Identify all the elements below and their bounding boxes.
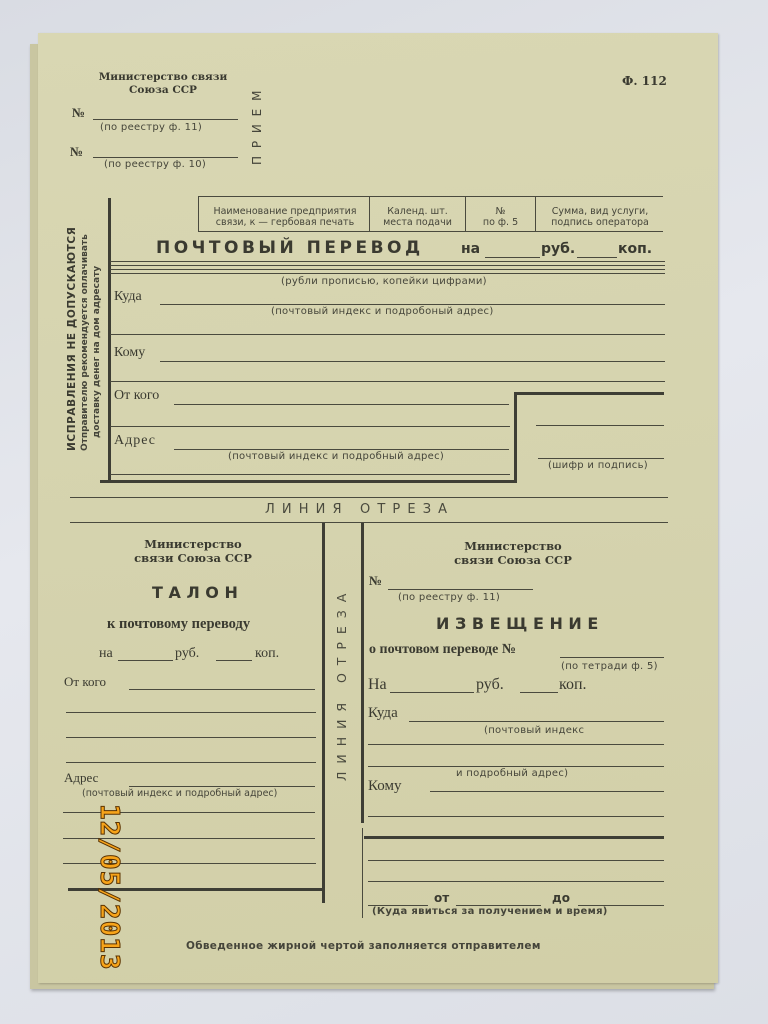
talon-ministry-line-2: связи Союза ССР — [118, 551, 268, 565]
komu-field[interactable] — [160, 361, 665, 362]
notice-pickup-field-2[interactable] — [368, 881, 664, 882]
notice-title: И З В Е Щ Е Н И Е — [436, 614, 598, 633]
amount-hint: (рубли прописью, копейки цифрами) — [281, 276, 487, 287]
talon-kopecks-field[interactable] — [216, 660, 252, 661]
notice-ministry-line-1: Министерство — [438, 539, 588, 553]
notice-do-label: до — [552, 891, 570, 905]
kuda-label: Куда — [114, 289, 142, 305]
talon-rubles-field[interactable] — [118, 660, 173, 661]
talon-adres-field[interactable] — [129, 786, 315, 787]
notice-subtitle: о почтовом переводе № — [369, 642, 516, 658]
notice-transfer-number-field[interactable] — [560, 657, 664, 658]
talon-subtitle: к почтовому переводу — [107, 616, 250, 633]
notice-komu-label: Кому — [368, 778, 401, 795]
number-sign-2: № — [70, 144, 83, 160]
rubles-field[interactable] — [485, 257, 540, 258]
talon-ot-kogo-field-2[interactable] — [66, 712, 316, 713]
camera-date-stamp: 12/05/2013 — [94, 804, 124, 971]
talon-ministry: Министерство связи Союза ССР — [118, 537, 268, 565]
stamp-col-label: связи, к — гербовая печать — [202, 217, 368, 228]
ministry-header: Министерство связи Союза ССР — [88, 71, 238, 97]
kopecks-field[interactable] — [577, 257, 617, 258]
stamp-col-label: Сумма, вид услуги, — [536, 206, 664, 217]
transfer-na-label: на — [461, 241, 480, 257]
cipher-box-left — [514, 392, 517, 483]
talon-adres-hint: (почтовый индекс и подробный адрес) — [82, 788, 277, 799]
adres-label: Адрес — [114, 433, 156, 449]
notice-kuda-field[interactable] — [409, 721, 664, 722]
priem-label: П Р И Е М — [250, 89, 264, 165]
notice-kuda-label: Куда — [368, 705, 398, 722]
talon-ot-kogo-field-4[interactable] — [66, 762, 316, 763]
stamp-col-label: места подачи — [370, 217, 465, 228]
notice-komu-field[interactable] — [430, 791, 664, 792]
cut-line-label: Л И Н И Я О Т Р Е З А — [265, 502, 449, 517]
talon-ot-kogo-label: От кого — [64, 674, 106, 690]
ot-kogo-field-2[interactable] — [110, 426, 510, 427]
kuda-hint: (почтовый индекс и подробоный адрес) — [271, 306, 494, 317]
stamp-table-bottom — [198, 231, 663, 232]
transfer-frame-bottom — [100, 480, 515, 483]
notice-divider-left — [362, 828, 363, 918]
signature-field[interactable] — [538, 458, 664, 459]
komu-label: Кому — [114, 345, 145, 361]
postal-transfer-form: Ф. 112 Министерство связи Союза ССР № (п… — [38, 33, 718, 983]
notice-registry-field[interactable] — [388, 589, 533, 590]
ot-kogo-field[interactable] — [174, 404, 509, 405]
ministry-line-2: Союза ССР — [88, 84, 238, 97]
stamp-col-label: Наименование предприятия — [202, 206, 368, 217]
stamp-col-enterprise: Наименование предприятия связи, к — герб… — [202, 206, 368, 228]
talon-rub-label: руб. — [175, 646, 199, 662]
ministry-line-1: Министерство связи — [88, 71, 238, 84]
vertical-cut-line-label: Л И Н И Я О Т Р Е З А — [334, 592, 349, 781]
stamp-table-divider — [198, 196, 199, 231]
amount-words-line[interactable] — [110, 261, 665, 262]
notice-komu-field-2[interactable] — [368, 816, 664, 817]
talon-kop-label: коп. — [255, 646, 279, 662]
notice-na-label: На — [368, 676, 387, 694]
talon-ot-kogo-field[interactable] — [129, 689, 315, 690]
kuda-field-2[interactable] — [110, 334, 665, 335]
registry-10-field[interactable] — [93, 157, 238, 158]
footer-note: Обведенное жирной чертой заполняется отп… — [186, 940, 541, 952]
komu-field-2[interactable] — [110, 381, 665, 382]
talon-ot-kogo-field-3[interactable] — [66, 737, 316, 738]
notice-kop-label: коп. — [559, 676, 587, 694]
registry-10-hint: (по реестру ф. 10) — [104, 159, 206, 170]
notice-notebook-hint: (по тетради ф. 5) — [561, 661, 658, 672]
cipher-field[interactable] — [536, 425, 664, 426]
transfer-title: ПОЧТОВЫЙ ПЕРЕВОД — [156, 238, 424, 258]
talon-title: Т А Л О Н — [152, 583, 238, 602]
notice-pickup-hint: (Куда явиться за получением и время) — [372, 906, 608, 917]
ot-kogo-label: От кого — [114, 388, 159, 404]
notice-ministry-line-2: связи Союза ССР — [438, 553, 588, 567]
stamp-col-number: № по ф. 5 — [466, 206, 535, 228]
stamp-table-top — [198, 196, 663, 197]
stamp-col-label: по ф. 5 — [466, 217, 535, 228]
cut-line-bottom[interactable] — [70, 522, 668, 523]
transfer-rub-label: руб. — [541, 241, 575, 257]
amount-rule — [110, 265, 665, 266]
side-note-1: Отправителю рекомендуется оплачивать — [80, 234, 90, 451]
adres-field-2[interactable] — [110, 474, 510, 475]
notice-index-hint: (почтовый индекс — [484, 725, 584, 736]
amount-rule — [110, 269, 665, 270]
amount-rule — [110, 273, 665, 274]
stamp-col-label: Календ. шт. — [370, 206, 465, 217]
form-number: Ф. 112 — [622, 74, 667, 88]
side-note-2: доставку денег на дом адресату — [92, 266, 102, 438]
notice-rub-label: руб. — [476, 676, 504, 694]
transfer-kop-label: коп. — [618, 241, 652, 257]
notice-ministry: Министерство связи Союза ССР — [438, 539, 588, 567]
notice-kuda-field-2[interactable] — [368, 744, 664, 745]
number-sign-1: № — [72, 105, 85, 121]
registry-11-field[interactable] — [93, 119, 238, 120]
notice-kuda-field-3[interactable] — [368, 766, 664, 767]
notice-registry-hint: (по реестру ф. 11) — [398, 592, 500, 603]
stamp-col-sum: Сумма, вид услуги, подпись оператора — [536, 206, 664, 228]
adres-hint: (почтовый индекс и подробный адрес) — [228, 451, 444, 462]
talon-ministry-line-1: Министерство — [118, 537, 268, 551]
kuda-field[interactable] — [160, 304, 665, 305]
cipher-box-top — [514, 392, 664, 395]
notice-number-sign: № — [369, 573, 382, 589]
notice-rubles-field[interactable] — [390, 692, 474, 693]
stamp-col-label: № — [466, 206, 535, 217]
stamp-col-calendar: Календ. шт. места подачи — [370, 206, 465, 228]
notice-address-hint: и подробный адрес) — [456, 768, 568, 779]
notice-pickup-field[interactable] — [368, 860, 664, 861]
notice-ot-label: от — [434, 891, 449, 905]
talon-frame-right — [322, 523, 325, 903]
cipher-hint: (шифр и подпись) — [548, 460, 648, 471]
talon-adres-label: Адрес — [64, 770, 98, 786]
cut-line-top[interactable] — [70, 497, 668, 498]
notice-frame-left — [361, 523, 364, 823]
registry-11-hint: (по реестру ф. 11) — [100, 122, 202, 133]
talon-na-label: на — [99, 646, 113, 662]
stamp-col-label: подпись оператора — [536, 217, 664, 228]
notice-bold-divider — [364, 836, 664, 839]
transfer-frame-left — [108, 198, 111, 482]
notice-kopecks-field[interactable] — [520, 692, 558, 693]
corrections-warning: ИСПРАВЛЕНИЯ НЕ ДОПУСКАЮТСЯ — [66, 227, 78, 451]
adres-field[interactable] — [174, 449, 509, 450]
